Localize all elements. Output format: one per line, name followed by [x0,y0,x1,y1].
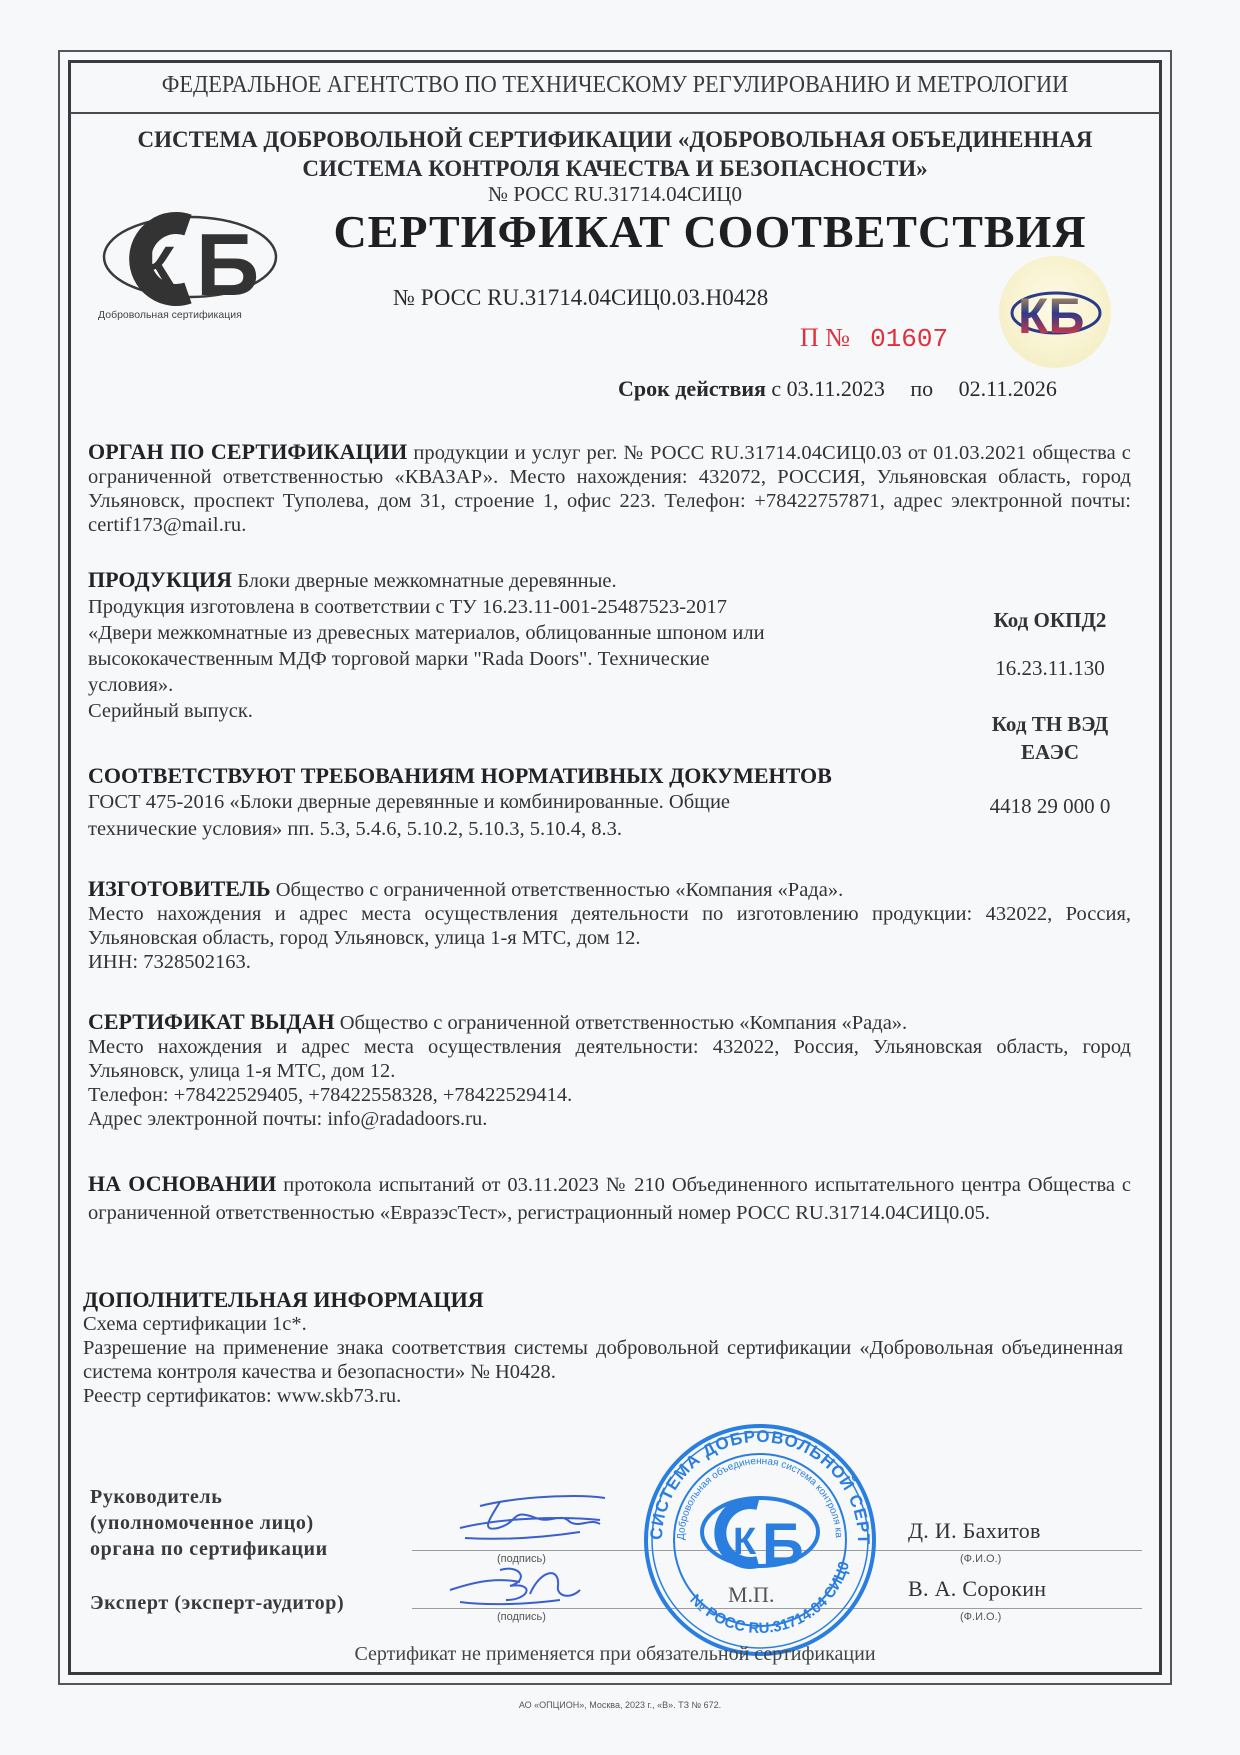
head-signatory-label: Руководитель (уполномоченное лицо) орган… [90,1484,328,1562]
manufacturer-inn: ИНН: 7328502163. [88,950,1131,974]
system-registration-number: № РОСС RU.31714.04СИЦ0 [70,182,1160,207]
issued-to-address: Место нахождения и адрес места осуществл… [88,1035,1131,1083]
standards-line: технические условия» пп. 5.3, 5.4.6, 5.1… [88,816,948,843]
head-signatory-name: Д. И. Бахитов [908,1518,1041,1544]
additional-info-section: ДОПОЛНИТЕЛЬНАЯ ИНФОРМАЦИЯ Схема сертифик… [83,1288,1123,1408]
footer-note: Сертификат не применяется при обязательн… [70,1643,1160,1666]
issued-to-name: Общество с ограниченной ответственностью… [340,1012,908,1034]
issued-to-section: СЕРТИФИКАТ ВЫДАН Общество с ограниченной… [88,1010,1131,1131]
manufacturer-address: Место нахождения и адрес места осуществл… [88,902,1131,950]
standards-line: ГОСТ 475-2016 «Блоки дверные деревянные … [88,789,948,816]
mark-permission: Разрешение на применение знака соответст… [83,1336,1123,1384]
svg-text:К: К [140,235,176,300]
blank-serial-number: П №01607 [800,323,948,354]
printer-imprint: АО «ОПЦИОН», Москва, 2023 г., «В». ТЗ № … [0,1700,1240,1710]
svg-text:М.П.: М.П. [728,1582,774,1607]
validity-label: Срок действия [618,376,766,401]
blank-prefix: П № [800,323,850,352]
issued-to-email: Адрес электронной почты: info@radadoors.… [88,1107,1131,1131]
blank-number: 01607 [870,324,948,354]
basis-section: НА ОСНОВАНИИ протокола испытаний от 03.1… [88,1170,1131,1227]
manufacturer-label: ИЗГОТОВИТЕЛЬ [88,876,271,901]
system-name-line1: СИСТЕМА ДОБРОВОЛЬНОЙ СЕРТИФИКАЦИИ «ДОБРО… [70,125,1160,154]
skb-logo-icon: К Б [100,205,285,310]
svg-text:КБ: КБ [1018,288,1084,344]
certification-body-label: ОРГАН ПО СЕРТИФИКАЦИИ [88,439,407,464]
certification-body-section: ОРГАН ПО СЕРТИФИКАЦИИ продукции и услуг … [88,440,1131,537]
standards-section: СООТВЕТСТВУЮТ ТРЕБОВАНИЯМ НОРМАТИВНЫХ ДО… [88,762,948,843]
official-stamp-icon: СИСТЕМА ДОБРОВОЛЬНОЙ СЕРТИФИКАЦИИ Добров… [640,1420,880,1660]
hologram-sticker-icon: КБ [996,253,1114,371]
product-release-type: Серийный выпуск. [88,698,948,724]
fio-caption: (Ф.И.О.) [960,1553,1001,1565]
validity-to: 02.11.2026 [959,376,1057,401]
expert-signatory-name: В. А. Сорокин [908,1576,1046,1602]
head-signature-icon [440,1488,610,1553]
validity-from: 03.11.2023 [787,376,885,401]
product-spec-line: «Двери межкомнатные из древесных материа… [88,620,948,646]
product-label: ПРОДУКЦИЯ [88,567,232,592]
manufacturer-name: Общество с ограниченной ответственностью… [276,879,844,901]
tnved-label: Код ТН ВЭДЕАЭС [960,710,1140,766]
validity-period: Срок действия с 03.11.2023 по 02.11.2026 [618,376,1057,402]
standards-label: СООТВЕТСТВУЮТ ТРЕБОВАНИЯМ НОРМАТИВНЫХ ДО… [88,762,948,789]
logo-caption: Добровольная сертификация [98,309,242,321]
system-name: СИСТЕМА ДОБРОВОЛЬНОЙ СЕРТИФИКАЦИИ «ДОБРО… [70,125,1160,183]
expert-signature-icon [440,1560,610,1615]
product-name: Блоки дверные межкомнатные деревянные. [237,570,616,592]
svg-text:К: К [733,1521,757,1563]
product-spec-line: условия». [88,672,948,698]
svg-text:Б: Б [196,215,259,310]
issued-to-phone: Телефон: +78422529405, +78422558328, +78… [88,1083,1131,1107]
issued-to-label: СЕРТИФИКАТ ВЫДАН [88,1009,335,1034]
system-name-line2: СИСТЕМА КОНТРОЛЯ КАЧЕСТВА И БЕЗОПАСНОСТИ… [70,154,1160,183]
okpd2-value: 16.23.11.130 [960,656,1140,681]
certification-scheme: Схема сертификации 1с*. [83,1312,1123,1336]
certificate-registry: Реестр сертификатов: www.skb73.ru. [83,1384,1123,1408]
certificate-title: СЕРТИФИКАТ СООТВЕТСТВИЯ [330,205,1090,258]
fio-caption: (Ф.И.О.) [960,1611,1001,1623]
product-spec-line: Продукция изготовлена в соответствии с Т… [88,594,948,620]
certificate-number: № РОСС RU.31714.04СИЦ0.03.Н0428 [393,285,768,311]
product-section: ПРОДУКЦИЯ Блоки дверные межкомнатные дер… [88,567,948,724]
basis-label: НА ОСНОВАНИИ [88,1171,276,1196]
additional-info-label: ДОПОЛНИТЕЛЬНАЯ ИНФОРМАЦИЯ [83,1288,1123,1312]
validity-from-prefix: с [771,376,781,401]
validity-to-prefix: по [910,376,933,401]
manufacturer-section: ИЗГОТОВИТЕЛЬ Общество с ограниченной отв… [88,877,1131,974]
okpd2-label: Код ОКПД2 [960,608,1140,633]
expert-signatory-label: Эксперт (эксперт-аудитор) [90,1590,344,1616]
svg-text:Б: Б [762,1512,804,1577]
header-divider [70,112,1160,114]
product-spec-line: высококачественным МДФ торговой марки "R… [88,646,948,672]
tnved-value: 4418 29 000 0 [960,794,1140,819]
agency-name: ФЕДЕРАЛЬНОЕ АГЕНТСТВО ПО ТЕХНИЧЕСКОМУ РЕ… [108,72,1122,99]
